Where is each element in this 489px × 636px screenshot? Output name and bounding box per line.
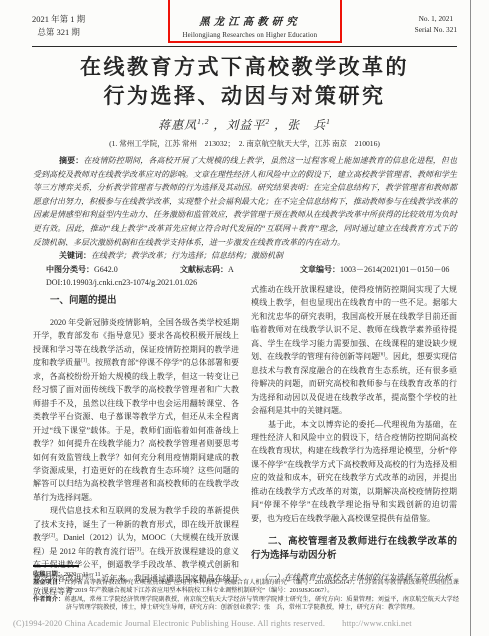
issue-info-en: No. 1, 2021 Serial No. 321: [415, 13, 457, 35]
right-column: 式推动在线开放课程建设，使得疫情防控期间实现了大规模线上教学，但也显现出在线教育…: [251, 283, 457, 599]
cnki-copyright: (C)1994-2020 China Academic Journal Elec…: [13, 617, 483, 629]
doc-code-item: 文献标志码：A: [180, 263, 300, 277]
paragraph: 基于此，本文以博弈论的委托—代理视角为基础，在理性经济人和风险中立的假设下，结合…: [251, 418, 457, 526]
journal-page: 2021 年第 1 期 总第 321 期 黑龙江高教研究 Heilongjian…: [0, 0, 489, 636]
section2-heading: 二、高校管理者及教师进行在线教学改革的行为选择与动因分析: [251, 535, 457, 563]
doc-code-label: 文献标志码：: [180, 265, 228, 274]
journal-header: 2021 年第 1 期 总第 321 期 黑龙江高教研究 Heilongjian…: [32, 13, 457, 39]
affiliation-line: (1. 常州工学院，江苏 常州 213032； 2. 南京航空航天大学，江苏 南…: [0, 138, 489, 149]
received-label: 收稿日期：: [33, 571, 64, 578]
fund-line: 基金项目：江苏省高等教育教改研究立项重点课题“应用型本科高校产教融合育人机制的研…: [33, 579, 459, 595]
front-matter: 摘要：在疫情防控期间，各高校开展了大规模的线上教学，虽然这一过程客观上能加速教育…: [33, 154, 457, 290]
abstract-text: 在疫情防控期间，各高校开展了大规模的线上教学，虽然这一过程客观上能加速教育的信息…: [33, 156, 457, 247]
issue-info: 2021 年第 1 期 总第 321 期: [32, 13, 85, 39]
issue-serial-en: Serial No. 321: [415, 24, 457, 35]
paragraph-continuation: 式推动在线开放课程建设，使得疫情防控期间实现了大规模线上教学，但也显现出在线教育…: [251, 283, 457, 418]
author-bio-line: 作者简介：蒋惠凤，常州工学院经济管理学院副教授，南京航空航天大学经济与管理学院博…: [33, 596, 459, 612]
footnote-divider: [33, 565, 79, 567]
keywords-label: 关键词：: [59, 251, 91, 260]
journal-name-en: Heilongjiang Researches on Higher Educat…: [183, 32, 318, 39]
bio-label: 作者简介：: [33, 596, 64, 603]
article-id-label: 文章编号：: [300, 265, 340, 274]
article-title-line1: 在线教育方式下高校教学改革的: [0, 54, 489, 83]
issue-serial: 总第 321 期: [32, 26, 85, 39]
keywords-text: 在线教学；教学改革；行为选择；信息结构；激励机制: [91, 251, 283, 260]
keywords: 关键词：在线教学；教学改革；行为选择；信息结构；激励机制: [33, 249, 457, 263]
clc-label: 中图分类号：: [46, 265, 94, 274]
footnote-block: 收稿日期：2020－11－11 基金项目：江苏省高等教育教改研究立项重点课题“应…: [33, 565, 459, 612]
received-date-line: 收稿日期：2020－11－11: [33, 571, 459, 579]
fund-label: 基金项目：: [33, 579, 64, 586]
abstract: 摘要：在疫情防控期间，各高校开展了大规模的线上教学，虽然这一过程客观上能加速教育…: [33, 154, 457, 249]
article-title: 在线教育方式下高校教学改革的 行为选择、动因与对策研究: [0, 54, 489, 111]
clc-value: G642.0: [94, 265, 118, 274]
section1-heading: 一、问题的提出: [33, 294, 239, 308]
article-id-item: 文章编号：1003－2614(2021)01－0150－06: [300, 263, 457, 277]
paragraph: 2020 年受新冠肺炎疫情影响，全国各级各类学校延期开学，教育部发布《指导意见》…: [33, 316, 239, 504]
fund-text: 江苏省高等教育教改研究立项重点课题“应用型本科高校产教融合育人机制的研究”（编号…: [64, 579, 459, 594]
issue-no-en: No. 1, 2021: [415, 13, 457, 24]
header-divider: [32, 46, 457, 47]
abstract-label: 摘要：: [59, 156, 83, 165]
article-title-line2: 行为选择、动因与对策研究: [0, 83, 489, 112]
bio-text: 蒋惠凤，常州工学院经济管理学院副教授，南京航空航天大学经济与管理学院博士研究生，…: [64, 596, 459, 611]
body-columns: 一、问题的提出 2020 年受新冠肺炎疫情影响，全国各级各类学校延期开学，教育部…: [33, 283, 457, 599]
doc-code-value: A: [228, 265, 234, 274]
article-id-value: 1003－2614(2021)01－0150－06: [340, 265, 449, 274]
classification-row: 中图分类号：G642.0 文献标志码：A 文章编号：1003－2614(2021…: [33, 263, 457, 277]
issue-year: 2021 年第 1 期: [32, 13, 85, 26]
left-column: 一、问题的提出 2020 年受新冠肺炎疫情影响，全国各级各类学校延期开学，教育部…: [33, 283, 239, 599]
author-line: 蒋惠凤1,2 ，刘益平2 ，张 兵1: [0, 116, 489, 133]
received-text: 2020－11－11: [64, 571, 101, 578]
clc-item: 中图分类号：G642.0: [46, 263, 180, 277]
journal-name-block: 黑龙江高教研究 Heilongjiang Researches on Highe…: [183, 13, 318, 39]
journal-name-cn: 黑龙江高教研究: [183, 14, 318, 29]
